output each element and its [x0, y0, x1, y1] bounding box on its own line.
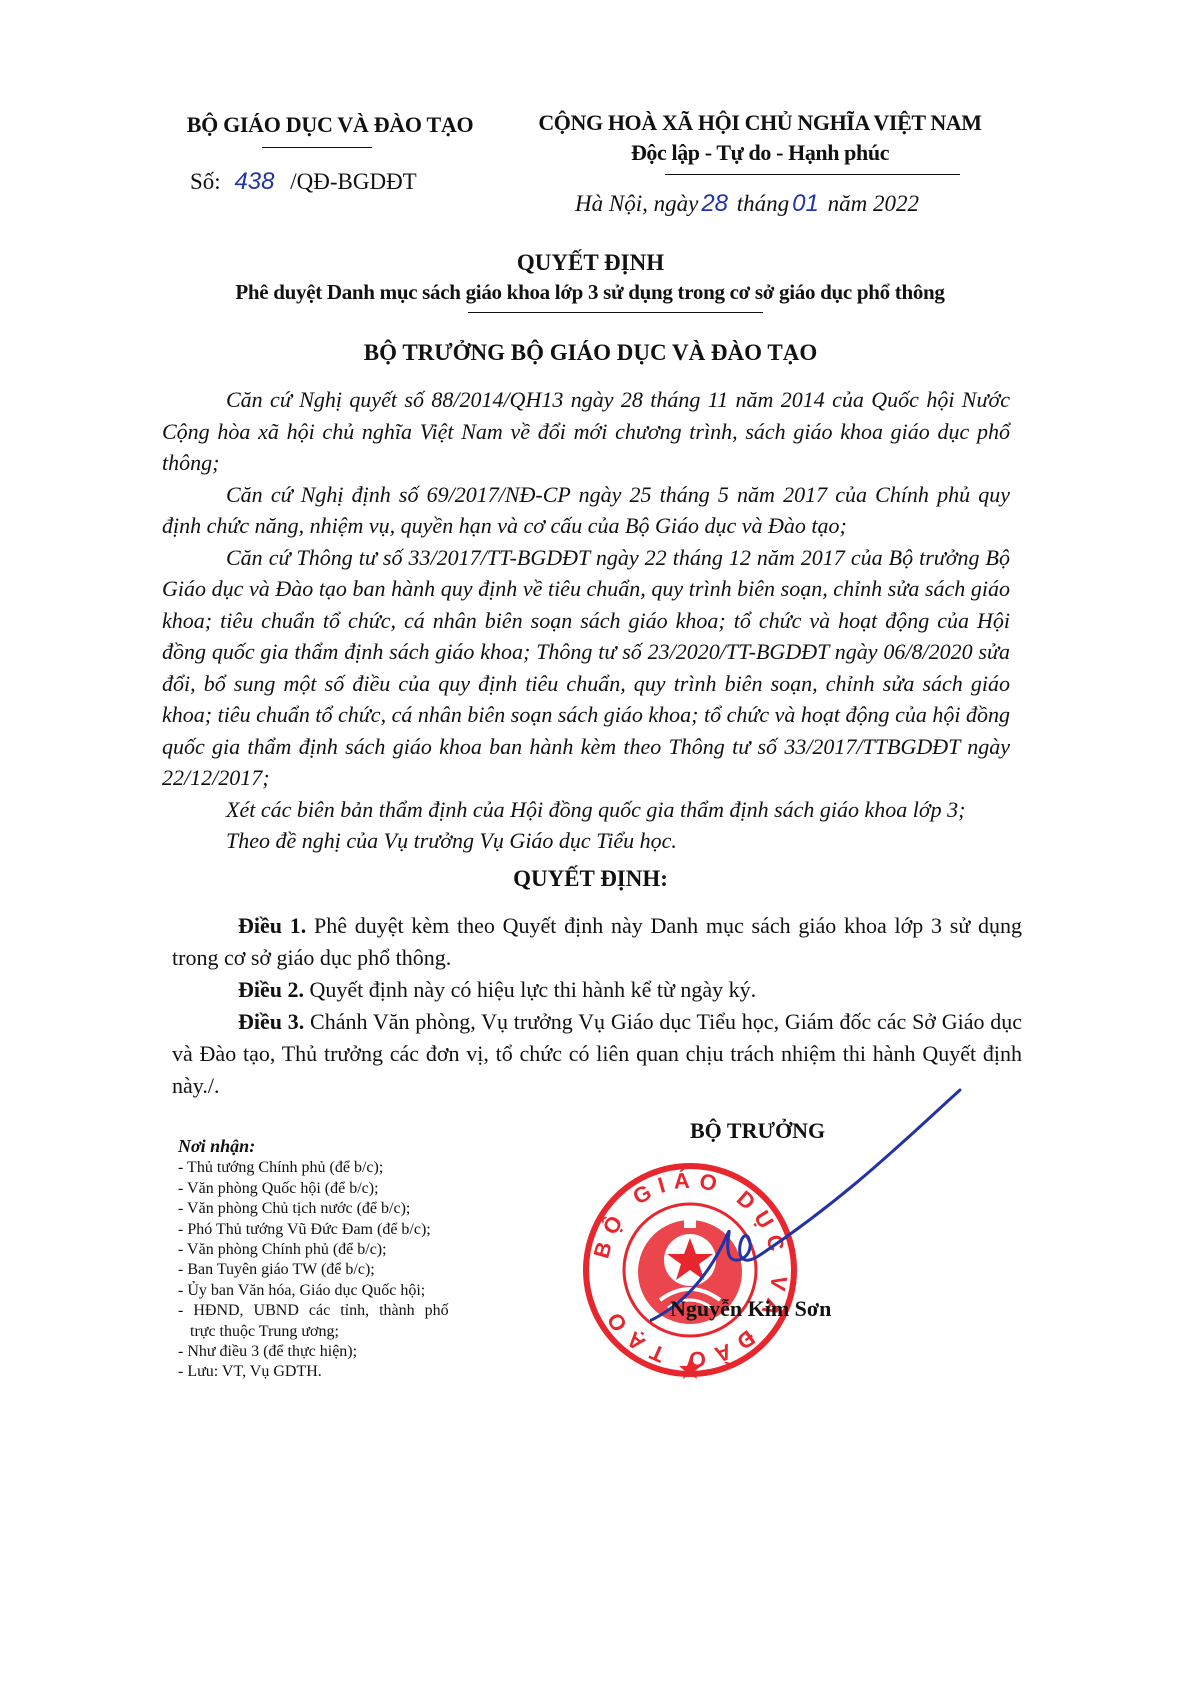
article-2: Điều 2. Quyết định này có hiệu lực thi h… [172, 974, 1022, 1006]
subject-underline [468, 312, 763, 313]
article-1: Điều 1. Phê duyệt kèm theo Quyết định nà… [172, 910, 1022, 974]
national-motto: Độc lập - Tự do - Hạnh phúc [505, 138, 1015, 168]
recipient-item: - Như điều 3 (để thực hiện); [178, 1342, 498, 1362]
recipient-item: - Văn phòng Chính phủ (để b/c); [178, 1240, 498, 1260]
number-handwritten: 438 [234, 168, 274, 195]
preamble-paragraph: Theo đề nghị của Vụ trưởng Vụ Giáo dục T… [162, 825, 1010, 857]
date-prefix: Hà Nội, ngày [575, 191, 698, 216]
agency-underline [262, 147, 372, 148]
article-label: Điều 1. [238, 913, 306, 938]
preamble-paragraph: Xét các biên bản thẩm định của Hội đồng … [162, 794, 1010, 826]
issuing-authority: BỘ TRƯỞNG BỘ GIÁO DỤC VÀ ĐÀO TẠO [0, 340, 1181, 366]
recipients-title: Nơi nhận: [178, 1136, 498, 1156]
date-month-handwritten: 01 [792, 190, 819, 217]
document-subject: Phê duyệt Danh mục sách giáo khoa lớp 3 … [160, 280, 1020, 305]
document-type-title: QUYẾT ĐỊNH [0, 250, 1181, 276]
recipient-item: - Ban Tuyên giáo TW (để b/c); [178, 1260, 498, 1280]
recipient-item: - Lưu: VT, Vụ GDTH. [178, 1362, 498, 1382]
decision-heading: QUYẾT ĐỊNH: [0, 866, 1181, 892]
article-text: Quyết định này có hiệu lực thi hành kể t… [304, 977, 756, 1002]
recipient-item: - Phó Thủ tướng Vũ Đức Đam (để b/c); [178, 1220, 498, 1240]
preamble-paragraph: Căn cứ Nghị định số 69/2017/NĐ-CP ngày 2… [162, 479, 1010, 542]
recipient-item: - Văn phòng Quốc hội (để b/c); [178, 1179, 498, 1199]
recipient-item: - Ủy ban Văn hóa, Giáo dục Quốc hội; [178, 1281, 498, 1301]
article-label: Điều 2. [238, 977, 304, 1002]
motto-underline [665, 174, 960, 175]
recipients-list: Nơi nhận: - Thủ tướng Chính phủ (để b/c)… [178, 1136, 498, 1383]
signer-name: Nguyễn Kim Sơn [670, 1296, 831, 1322]
preamble: Căn cứ Nghị quyết số 88/2014/QH13 ngày 2… [162, 384, 1010, 857]
national-header: CỘNG HOÀ XÃ HỘI CHỦ NGHĨA VIỆT NAM Độc l… [505, 108, 1015, 168]
date-day-handwritten: 28 [701, 190, 728, 217]
article-label: Điều 3. [238, 1009, 304, 1034]
document-number: Số: 438 /QĐ-BGDĐT [190, 168, 417, 196]
articles: Điều 1. Phê duyệt kèm theo Quyết định nà… [172, 910, 1022, 1102]
country-name: CỘNG HOÀ XÃ HỘI CHỦ NGHĨA VIỆT NAM [505, 108, 1015, 138]
place-date: Hà Nội, ngày28 tháng01 năm 2022 [575, 190, 919, 218]
recipient-item: - HĐND, UBND các tỉnh, thành phố [178, 1301, 498, 1321]
recipient-item: - Văn phòng Chủ tịch nước (để b/c); [178, 1199, 498, 1219]
preamble-paragraph: Căn cứ Nghị quyết số 88/2014/QH13 ngày 2… [162, 384, 1010, 479]
date-month-label: tháng [737, 191, 789, 216]
preamble-paragraph: Căn cứ Thông tư số 33/2017/TT-BGDĐT ngày… [162, 542, 1010, 794]
recipient-item: - Thủ tướng Chính phủ (để b/c); [178, 1158, 498, 1178]
date-year: năm 2022 [828, 191, 919, 216]
recipient-item: trực thuộc Trung ương; [178, 1322, 498, 1342]
number-label: Số: [190, 169, 221, 194]
issuing-agency: BỘ GIÁO DỤC VÀ ĐÀO TẠO [160, 112, 500, 138]
number-suffix: /QĐ-BGDĐT [290, 169, 417, 194]
